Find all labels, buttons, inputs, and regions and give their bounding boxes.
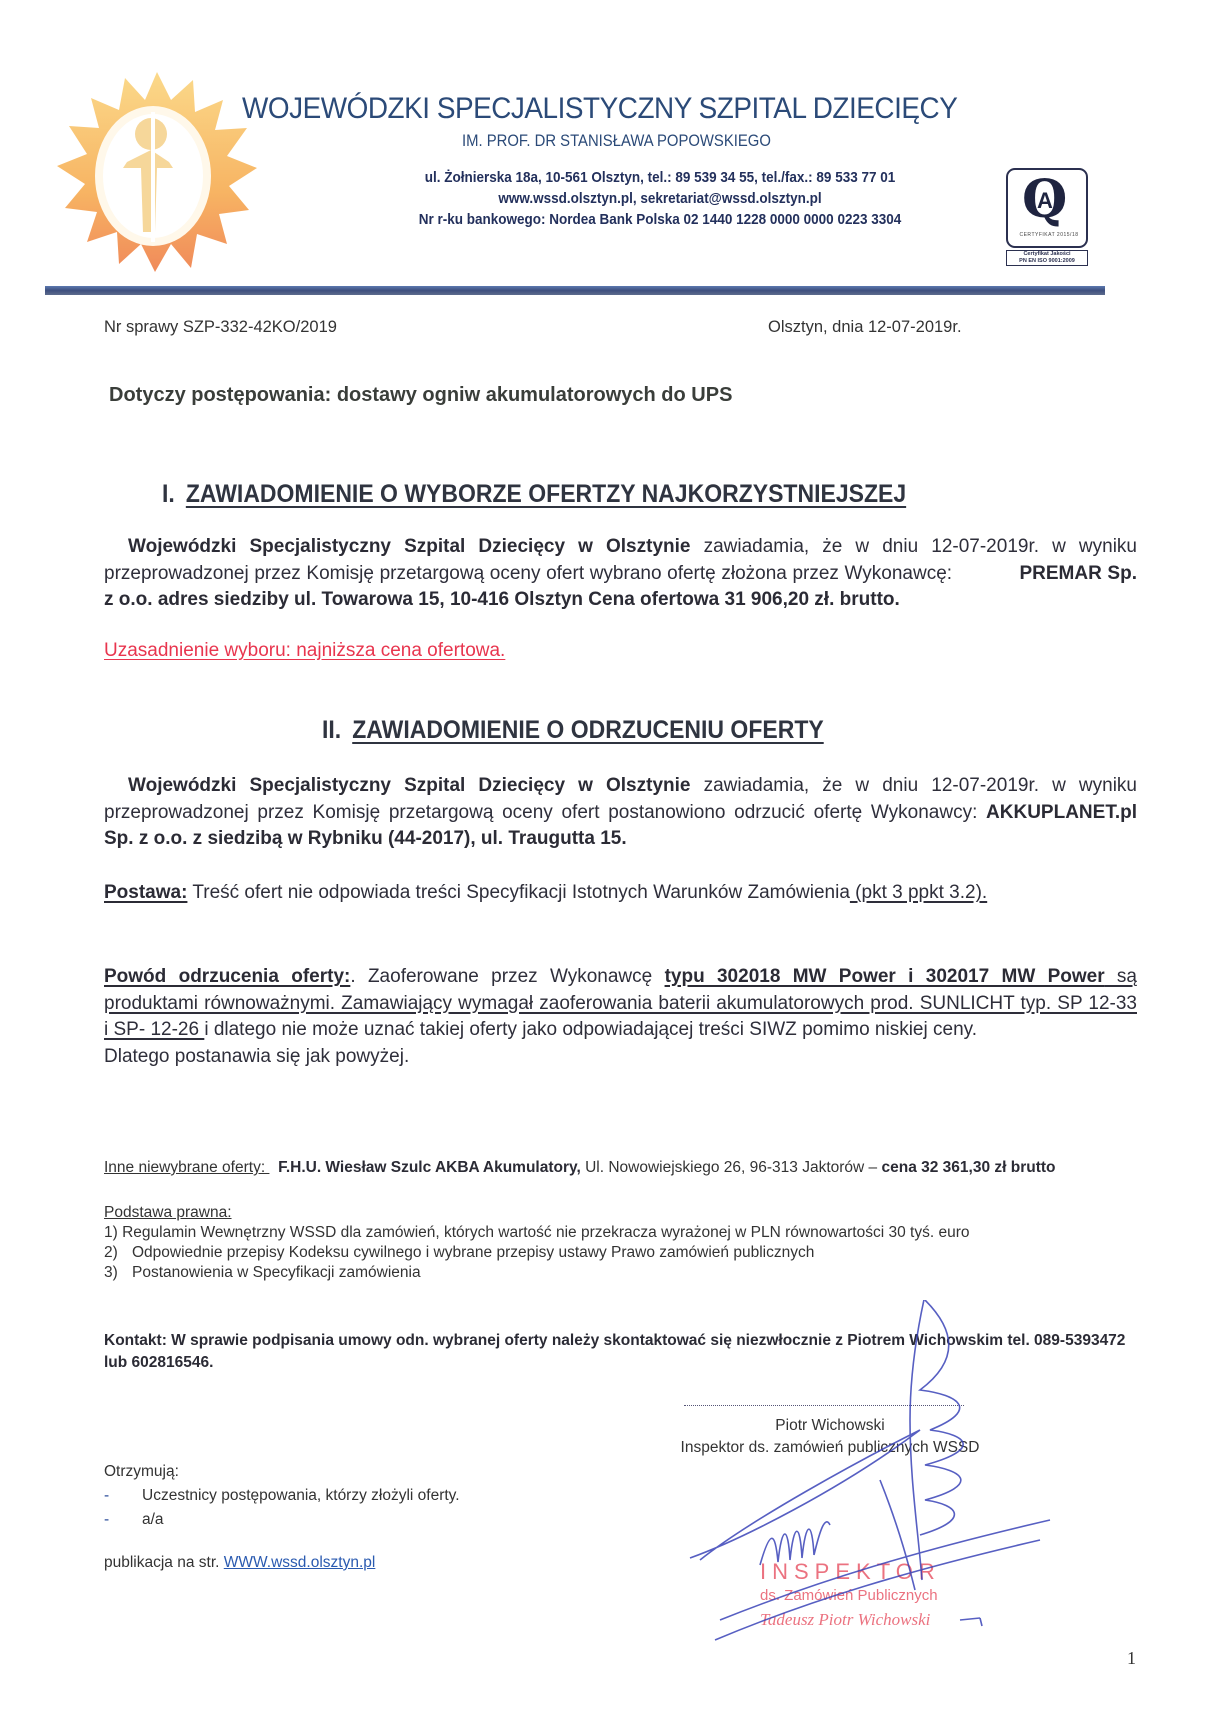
hospital-name-inline-2: Wojewódzki Specjalistyczny Szpital Dziec… (128, 775, 690, 796)
quality-certificate: Q A CERTYFIKAT 2015/18 Certyfikat Jakośc… (1006, 168, 1088, 268)
official-stamp: INSPEKTOR ds. Zamówień Publicznych Tadeu… (760, 1560, 941, 1632)
other-offers-label: Inne niewybrane oferty: (104, 1159, 269, 1176)
basis-text: Treść ofert nie odpowiada treści Specyfi… (187, 882, 849, 903)
recipient-text: a/a (142, 1508, 164, 1532)
section-1-body: Wojewódzki Specjalistyczny Szpital Dziec… (104, 534, 1137, 614)
hospital-name: WOJEWÓDZKI SPECJALISTYCZNY SZPITAL DZIEC… (242, 92, 957, 126)
basis-label: Postawa: (104, 882, 187, 903)
section-1-number: I. (162, 480, 175, 508)
section-2-number: II. (322, 716, 341, 744)
selection-justification: Uzasadnienie wyboru: najniższa cena ofer… (104, 640, 505, 662)
recipient-item: -Uczestnicy postępowania, którzy złożyli… (104, 1484, 460, 1508)
reason-text-2: i dlatego nie może uznać takiej oferty j… (204, 1019, 977, 1040)
section-1-heading: I.ZAWIADOMIENIE O WYBORZE OFERTZY NAJKOR… (162, 480, 906, 509)
reason-label: Powód odrzucenia oferty: (104, 966, 350, 987)
legal-item-number: 2) (104, 1243, 132, 1263)
certificate-year: CERTYFIKAT 2015/18 (1010, 232, 1088, 238)
legal-item-text: Odpowiednie przepisy Kodeksu cywilnego i… (132, 1243, 814, 1263)
hospital-name-inline: Wojewódzki Specjalistyczny Szpital Dziec… (128, 536, 690, 557)
section-1-title: ZAWIADOMIENIE O WYBORZE OFERTZY NAJKORZY… (186, 480, 906, 508)
recipients-label: Otrzymują: (104, 1460, 460, 1484)
signature-line (684, 1405, 964, 1406)
certificate-label-1: Certyfikat Jakości (1007, 251, 1087, 258)
stamp-name: Tadeusz Piotr Wichowski (760, 1608, 941, 1632)
recipient-text: Uczestnicy postępowania, którzy złożyli … (142, 1484, 460, 1508)
signatory-position: Inspektor ds. zamówień publicznych WSSD (650, 1437, 1010, 1459)
letterhead-divider (45, 286, 1105, 295)
stamp-role: ds. Zamówień Publicznych (760, 1584, 941, 1608)
reason-product-types: typu 302018 MW Power i 302017 MW Power (665, 966, 1105, 987)
hospital-patron: IM. PROF. DR STANISŁAWA POPOWSKIEGO (462, 132, 771, 151)
reason-text-1: . Zaoferowane przez Wykonawcę (350, 966, 664, 987)
signatory-name: Piotr Wichowski (650, 1415, 1010, 1437)
sun-child-logo-icon (55, 70, 260, 275)
other-offer-price: cena 32 361,30 zł brutto (881, 1159, 1055, 1176)
publication-text: publikacja na str. (104, 1554, 224, 1571)
hospital-contact-block: ul. Żołnierska 18a, 10-561 Olsztyn, tel.… (390, 167, 930, 230)
other-offers: Inne niewybrane oferty: F.H.U. Wiesław S… (104, 1158, 1144, 1178)
hospital-bank-account: Nr r-ku bankowego: Nordea Bank Polska 02… (390, 209, 930, 230)
quality-certificate-q-icon: Q A CERTYFIKAT 2015/18 (1006, 168, 1088, 248)
rejection-basis: Postawa: Treść ofert nie odpowiada treśc… (104, 880, 1137, 907)
case-number: Nr sprawy SZP-332-42KO/2019 (104, 318, 337, 337)
section-2-body: Wojewódzki Specjalistyczny Szpital Dziec… (104, 773, 1137, 853)
section-2-title: ZAWIADOMIENIE O ODRZUCENIU OFERTY (352, 716, 824, 744)
legal-item-text: Regulamin Wewnętrzny WSSD dla zamówień, … (122, 1224, 969, 1241)
page-number: 1 (1127, 1648, 1136, 1669)
rejection-reason: Powód odrzucenia oferty:. Zaoferowane pr… (104, 964, 1137, 1070)
hospital-web-email: www.wssd.olsztyn.pl, sekretariat@wssd.ol… (390, 188, 930, 209)
legal-item-number: 1) (104, 1224, 118, 1241)
basis-reference: (pkt 3 ppkt 3.2). (850, 882, 987, 903)
legal-item-text: Postanowienia w Specyfikacji zamówienia (132, 1263, 421, 1283)
legal-basis-item: 3)Postanowienia w Specyfikacji zamówieni… (104, 1263, 1144, 1283)
section-2-heading: II.ZAWIADOMIENIE O ODRZUCENIU OFERTY (322, 716, 824, 745)
bullet-dash-icon: - (104, 1508, 142, 1532)
publication-link[interactable]: WWW.wssd.olsztyn.pl (224, 1554, 376, 1571)
hospital-logo (55, 70, 260, 275)
subject-line: Dotyczy postępowania: dostawy ogniw akum… (109, 384, 732, 407)
legal-basis-item: 2)Odpowiednie przepisy Kodeksu cywilnego… (104, 1243, 1144, 1263)
stamp-title: INSPEKTOR (760, 1560, 941, 1584)
legal-basis: Podstawa prawna: 1) Regulamin Wewnętrzny… (104, 1203, 1144, 1283)
recipient-item: -a/a (104, 1508, 460, 1532)
hospital-address: ul. Żołnierska 18a, 10-561 Olsztyn, tel.… (390, 167, 930, 188)
other-offer-address: Ul. Nowowiejskiego 26, 96-313 Jaktorów – (581, 1159, 882, 1176)
legal-item-number: 3) (104, 1263, 132, 1283)
publication-note: publikacja na str. WWW.wssd.olsztyn.pl (104, 1554, 375, 1572)
contact-info: Kontakt: W sprawie podpisania umowy odn.… (104, 1330, 1144, 1374)
legal-basis-label: Podstawa prawna: (104, 1204, 232, 1221)
bullet-dash-icon: - (104, 1484, 142, 1508)
recipients: Otrzymują: -Uczestnicy postępowania, któ… (104, 1460, 460, 1532)
conclusion: Dlatego postanawia się jak powyżej. (104, 1046, 409, 1067)
other-offer-company: F.H.U. Wiesław Szulc AKBA Akumulatory, (278, 1159, 581, 1176)
place-date: Olsztyn, dnia 12-07-2019r. (768, 318, 962, 337)
legal-basis-item: 1) Regulamin Wewnętrzny WSSD dla zamówie… (104, 1223, 1144, 1243)
signatory: Piotr Wichowski Inspektor ds. zamówień p… (650, 1415, 1010, 1459)
certificate-label-2: PN EN ISO 9001:2009 (1007, 258, 1087, 265)
certificate-iso-label: Certyfikat Jakości PN EN ISO 9001:2009 (1006, 250, 1088, 266)
